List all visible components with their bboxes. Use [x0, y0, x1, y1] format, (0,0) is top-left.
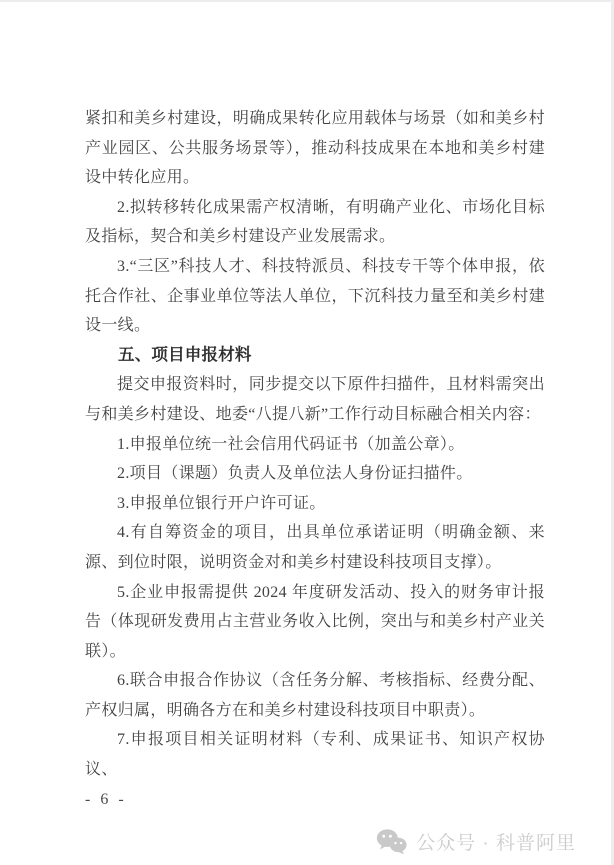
page-top-edge — [0, 0, 614, 2]
paragraph-material-5: 5.企业申报需提供 2024 年度研发活动、投入的财务审计报告（体现研发费用占主… — [85, 578, 545, 667]
section-heading: 五、项目申报材料 — [85, 341, 545, 371]
paragraph-material-2: 2.项目（课题）负责人及单位法人身份证扫描件。 — [85, 459, 545, 489]
paragraph-continuation: 紧扣和美乡村建设，明确成果转化应用载体与场景（如和美乡村产业园区、公共服务场景等… — [85, 104, 545, 193]
watermark-label: 公众号 · 科普阿里 — [416, 828, 576, 855]
document-page: 紧扣和美乡村建设，明确成果转化应用载体与场景（如和美乡村产业园区、公共服务场景等… — [0, 0, 614, 865]
paragraph-material-1: 1.申报单位统一社会信用代码证书（加盖公章）。 — [85, 430, 545, 460]
document-body: 紧扣和美乡村建设，明确成果转化应用载体与场景（如和美乡村产业园区、公共服务场景等… — [85, 104, 545, 814]
watermark: 公众号 · 科普阿里 — [376, 828, 576, 855]
paragraph-intro: 提交申报资料时，同步提交以下原件扫描件，且材料需突出与和美乡村建设、地委“八提八… — [85, 370, 545, 429]
page-number: - 6 - — [85, 785, 545, 815]
paragraph-material-7: 7.申报项目相关证明材料（专利、成果证书、知识产权协议、 — [85, 725, 545, 784]
paragraph-material-3: 3.申报单位银行开户许可证。 — [85, 489, 545, 519]
paragraph-item-3: 3.“三区”科技人才、科技特派员、科技专干等个体申报，依托合作社、企事业单位等法… — [85, 252, 545, 341]
paragraph-item-2: 2.拟转移转化成果需产权清晰，有明确产业化、市场化目标及指标，契合和美乡村建设产… — [85, 193, 545, 252]
paragraph-material-4: 4.有自筹资金的项目，出具单位承诺证明（明确金额、来源、到位时限，说明资金对和美… — [85, 518, 545, 577]
paragraph-material-6: 6.联合申报合作协议（含任务分解、考核指标、经费分配、产权归属，明确各方在和美乡… — [85, 666, 545, 725]
wechat-icon — [376, 828, 407, 855]
